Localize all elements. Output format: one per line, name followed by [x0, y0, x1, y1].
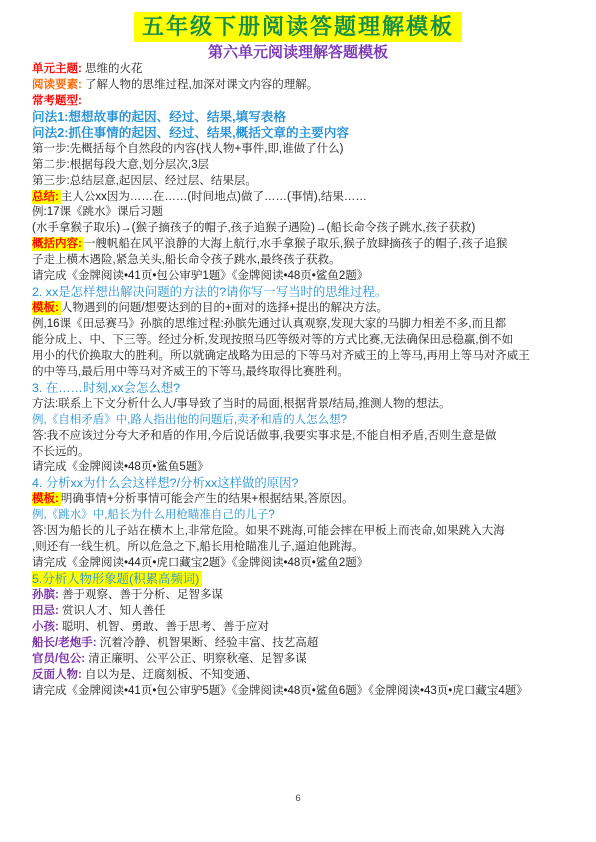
text-segment: 清正廉明、公平公正、明察秋毫、足智多谋: [85, 653, 307, 665]
doc-line: 例,16课《田忌赛马》孙膑的思维过程:孙膑先通过认真观察,发现大家的马脚力相差不…: [32, 317, 566, 333]
text-segment: 主人公xx因为……在……(时间地点)做了……(事情),结果……: [61, 191, 367, 203]
doc-line: 请完成《金牌阅读•41页•包公审驴5题》《金牌阅读•48页•鲨鱼6题》《金牌阅读…: [32, 684, 566, 700]
doc-line: 不长远的。: [32, 445, 566, 461]
doc-line: 单元主题: 思维的火花: [32, 62, 566, 78]
text-segment: 第三步:总结层意,起因层、经过层、结果层。: [32, 175, 257, 187]
text-segment: 请完成《金牌阅读•41页•包公审驴1题》《金牌阅读•48页•鲨鱼2题》: [32, 270, 368, 282]
text-segment: 反面人物:: [32, 669, 82, 681]
text-segment: 赏识人才、知人善任: [59, 605, 166, 617]
text-segment: 总结:: [32, 190, 61, 204]
text-segment: 阅读要素:: [32, 79, 82, 91]
text-segment: 第二步:根据每段大意,划分层次,3层: [32, 159, 209, 171]
doc-line: 用小的代价换取大的胜利。所以就确定战略为田忌的下等马对齐威王的上等马,再用上等马…: [32, 349, 566, 365]
text-segment: 善于观察、善于分析、足智多谋: [59, 589, 223, 601]
text-segment: 不长远的。: [32, 446, 90, 458]
text-segment: 问法2:抓住事情的起因、经过、结果,概括文章的主要内容: [32, 126, 349, 140]
doc-line: 答:因为船长的儿子站在横木上,非常危险。如果不跳海,可能会摔在甲板上而丧命,如果…: [32, 524, 566, 540]
text-segment: 了解人物的思维过程,加深对课文内容的理解。: [82, 79, 318, 91]
doc-line: 船长/老炮手: 沉着冷静、机智果断、经验丰富、技艺高超: [32, 636, 566, 652]
text-segment: 自以为是、迂腐刻板、不知变通、: [82, 669, 258, 681]
text-segment: 4. 分析xx为什么会这样想?/分析xx这样做的原因?: [32, 476, 298, 490]
text-segment: 例,《跳水》中,船长为什么用枪瞄准自己的儿子?: [32, 509, 275, 521]
doc-line: 请完成《金牌阅读•44页•虎口藏宝2题》《金牌阅读•48页•鲨鱼2题》: [32, 556, 566, 572]
text-segment: 思维的火花: [82, 63, 143, 75]
text-segment: ,则还有一线生机。所以危急之下,船长用枪瞄准儿子,逼迫他跳海。: [32, 541, 364, 553]
doc-line: 第一步:先概括每个自然段的内容(找人物+事件,即,谁做了什么): [32, 142, 566, 158]
doc-line: 请完成《金牌阅读•41页•包公审驴1题》《金牌阅读•48页•鲨鱼2题》: [32, 269, 566, 285]
text-segment: 方法:联系上下文分析什么人/事导致了当时的局面,根据背景/结局,推测人物的想法。: [32, 398, 450, 410]
doc-line: 模板:明确事情+分析事情可能会产生的结果+根据结果,答原因。: [32, 492, 566, 508]
text-segment: 子走上横木遇险,紧急关头,船长命令孩子跳水,最终孩子获救。: [32, 254, 341, 266]
doc-line: 2. xx是怎样想出解决问题的方法的?请你写一写当时的思维过程。: [32, 285, 566, 301]
doc-line: 答:我不应该过分夸大矛和盾的作用,今后说话做事,我要实事求是,不能自相矛盾,否则…: [32, 429, 566, 445]
doc-line: 阅读要素: 了解人物的思维过程,加深对课文内容的理解。: [32, 78, 566, 94]
doc-line: 总结:主人公xx因为……在……(时间地点)做了……(事情),结果……: [32, 190, 566, 206]
page-subtitle: 第六单元阅读理解答题模板: [0, 44, 596, 62]
text-segment: 5.分析人物形象题(积累高频词): [32, 571, 202, 587]
doc-line: 模板:人物遇到的问题/想要达到的目的+面对的选择+提出的解决方法。: [32, 301, 566, 317]
doc-line: 5.分析人物形象题(积累高频词): [32, 572, 566, 588]
text-segment: 请完成《金牌阅读•44页•虎口藏宝2题》《金牌阅读•48页•鲨鱼2题》: [32, 557, 368, 569]
text-segment: 模板:: [32, 492, 61, 506]
doc-line: 3. 在……时刻,xx会怎么想?: [32, 381, 566, 397]
text-segment: 答:因为船长的儿子站在横木上,非常危险。如果不跳海,可能会摔在甲板上而丧命,如果…: [32, 525, 505, 537]
text-segment: 单元主题:: [32, 63, 82, 75]
text-segment: 明确事情+分析事情可能会产生的结果+根据结果,答原因。: [61, 493, 354, 505]
text-segment: 常考题型:: [32, 95, 82, 107]
text-segment: 用小的代价换取大的胜利。所以就确定战略为田忌的下等马对齐威王的上等马,再用上等马…: [32, 350, 530, 362]
doc-line: 孙膑: 善于观察、善于分析、足智多谋: [32, 588, 566, 604]
page-title: 五年级下册阅读答题理解模板: [134, 12, 462, 42]
text-segment: 孙膑:: [32, 589, 59, 601]
doc-line: 问法2:抓住事情的起因、经过、结果,概括文章的主要内容: [32, 126, 566, 142]
doc-line: 反面人物: 自以为是、迂腐刻板、不知变通、: [32, 668, 566, 684]
doc-line: 田忌: 赏识人才、知人善任: [32, 604, 566, 620]
text-segment: 2. xx是怎样想出解决问题的方法的?请你写一写当时的思维过程。: [32, 285, 387, 299]
doc-line: 小孩: 聪明、机智、勇敢、善于思考、善于应对: [32, 620, 566, 636]
text-segment: 3. 在……时刻,xx会怎么想?: [32, 381, 180, 395]
text-segment: 例:17课《跳水》课后习题: [32, 206, 163, 218]
text-segment: 官员/包公:: [32, 653, 85, 665]
doc-line: 概括内容:一艘帆船在风平浪静的大海上航行,水手拿猴子取乐,猴子放肆摘孩子的帽子,…: [32, 237, 566, 253]
doc-line: 例,《跳水》中,船长为什么用枪瞄准自己的儿子?: [32, 508, 566, 524]
text-segment: 答:我不应该过分夸大矛和盾的作用,今后说话做事,我要实事求是,不能自相矛盾,否则…: [32, 430, 496, 442]
text-segment: 第一步:先概括每个自然段的内容(找人物+事件,即,谁做了什么): [32, 143, 343, 155]
text-segment: 田忌:: [32, 605, 59, 617]
text-segment: 请完成《金牌阅读•41页•包公审驴5题》《金牌阅读•48页•鲨鱼6题》《金牌阅读…: [32, 685, 528, 697]
doc-line: 4. 分析xx为什么会这样想?/分析xx这样做的原因?: [32, 476, 566, 492]
doc-line: 例,《自相矛盾》中,路人指出他的问题后,卖矛和盾的人怎么想?: [32, 413, 566, 429]
text-segment: 例,《自相矛盾》中,路人指出他的问题后,卖矛和盾的人怎么想?: [32, 414, 347, 426]
text-segment: 问法1:想想故事的起因、经过、结果,填写表格: [32, 110, 286, 124]
text-segment: 聪明、机智、勇敢、善于思考、善于应对: [59, 621, 269, 633]
text-segment: 一艘帆船在风平浪静的大海上航行,水手拿猴子取乐,猴子放肆摘孩子的帽子,孩子追猴: [84, 238, 508, 250]
doc-line: 例:17课《跳水》课后习题: [32, 205, 566, 221]
doc-line: (水手拿猴子取乐)→(猴子摘孩子的帽子,孩子追猴子遇险)→(船长命令孩子跳水,孩…: [32, 221, 566, 237]
doc-line: 能分成上、中、下三等。经过分析,发现按照马匹等级对等的方式比赛,无法确保田忌稳赢…: [32, 333, 566, 349]
document-page: 五年级下册阅读答题理解模板 第六单元阅读理解答题模板 单元主题: 思维的火花阅读…: [0, 0, 596, 842]
text-segment: 能分成上、中、下三等。经过分析,发现按照马匹等级对等的方式比赛,无法确保田忌稳赢…: [32, 334, 513, 346]
text-segment: 例,16课《田忌赛马》孙膑的思维过程:孙膑先通过认真观察,发现大家的马脚力相差不…: [32, 318, 506, 330]
text-segment: 船长/老炮手:: [32, 637, 97, 649]
text-segment: 请完成《金牌阅读•48页•鲨鱼5题》: [32, 461, 209, 473]
text-segment: 沉着冷静、机智果断、经验丰富、技艺高超: [97, 637, 319, 649]
page-number: 6: [0, 793, 596, 804]
text-segment: 模板:: [32, 301, 61, 315]
text-segment: (水手拿猴子取乐)→(猴子摘孩子的帽子,孩子追猴子遇险)→(船长命令孩子跳水,孩…: [32, 222, 475, 234]
text-segment: 概括内容:: [32, 237, 84, 251]
doc-line: 第二步:根据每段大意,划分层次,3层: [32, 158, 566, 174]
doc-line: 方法:联系上下文分析什么人/事导致了当时的局面,根据背景/结局,推测人物的想法。: [32, 397, 566, 413]
doc-line: 常考题型:: [32, 94, 566, 110]
doc-line: 第三步:总结层意,起因层、经过层、结果层。: [32, 174, 566, 190]
text-segment: 的中等马,最后用中等马对齐威王的下等马,最终取得比赛胜利。: [32, 366, 349, 378]
doc-line: ,则还有一线生机。所以危急之下,船长用枪瞄准儿子,逼迫他跳海。: [32, 540, 566, 556]
doc-line: 的中等马,最后用中等马对齐威王的下等马,最终取得比赛胜利。: [32, 365, 566, 381]
doc-line: 子走上横木遇险,紧急关头,船长命令孩子跳水,最终孩子获救。: [32, 253, 566, 269]
document-body: 单元主题: 思维的火花阅读要素: 了解人物的思维过程,加深对课文内容的理解。常考…: [32, 62, 566, 700]
doc-line: 问法1:想想故事的起因、经过、结果,填写表格: [32, 110, 566, 126]
doc-line: 官员/包公: 清正廉明、公平公正、明察秋毫、足智多谋: [32, 652, 566, 668]
document-header: 五年级下册阅读答题理解模板 第六单元阅读理解答题模板: [0, 12, 596, 62]
doc-line: 请完成《金牌阅读•48页•鲨鱼5题》: [32, 460, 566, 476]
text-segment: 人物遇到的问题/想要达到的目的+面对的选择+提出的解决方法。: [61, 302, 388, 314]
text-segment: 小孩:: [32, 621, 59, 633]
